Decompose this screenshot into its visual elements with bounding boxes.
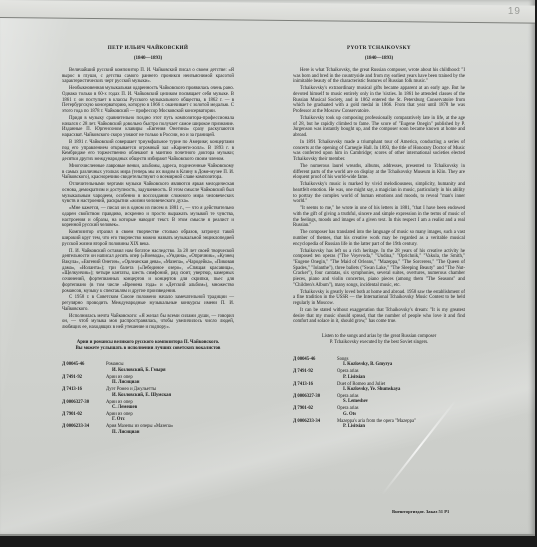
record-entry: Д 00045-46РомансыИ. Козловский, Б. Гмыря: [62, 362, 234, 373]
notice-ru: Арии и романсы великого русского компози…: [62, 340, 234, 352]
sleeve-bottom-edge: [0, 534, 535, 536]
notice-line: P. Tchaikovsky executed by the best Sovi…: [293, 340, 465, 346]
biography-ru: Величайший русский композитор П. И. Чайк…: [62, 68, 234, 331]
russian-column: ПЕТР ИЛЬИЧ ЧАЙКОВСКИЙ (1840—1893) Велича…: [62, 45, 234, 437]
paragraph: Величайший русский композитор П. И. Чайк…: [62, 68, 234, 85]
record-entry: Д 0006327-30Opera ariasS. Lemeshev: [293, 394, 465, 405]
catalog-number: Д 0006233-34: [62, 424, 106, 435]
paragraph: Композитор отразил в своем творчестве ст…: [62, 230, 234, 247]
catalog-number: Д 0006327-30: [62, 400, 106, 411]
record-sleeve-back: 19 ПЕТР ИЛЬИЧ ЧАЙКОВСКИЙ (1840—1893) Вел…: [0, 0, 535, 536]
pencil-mark: 19: [508, 6, 521, 17]
paragraph: Tchaikovsky took up composing profession…: [293, 116, 465, 139]
performer: P. Lisitsian: [337, 375, 465, 380]
performer: I. Kozlovsky, B. Gmyrya: [337, 362, 465, 367]
paragraph: С 1958 г. в Советском Союзе положено нач…: [62, 295, 234, 312]
paragraph: Tchaikovsky's music is marked by vivid m…: [293, 182, 465, 205]
paragraph: The composer has translated into the lan…: [293, 230, 465, 247]
paragraph: The numerous laurel wreaths, albums, add…: [293, 164, 465, 181]
paragraph: Tchaikovsky's extraordinary musical gift…: [293, 86, 465, 115]
biography-en: Here is what Tchaikovsky, the great Russ…: [293, 68, 465, 325]
catalog-number: Д 7413-16: [293, 382, 337, 393]
sleeve-top-edge: [0, 0, 535, 24]
performer: П. Лисициан: [106, 430, 234, 435]
paragraph: Многочисленные лавровые венки, альбомы, …: [62, 164, 234, 181]
paragraph: Необыкновенная музыкальная одаренность Ч…: [62, 86, 234, 115]
life-dates-ru: (1840—1893): [62, 55, 234, 62]
paragraph: Here is what Tchaikovsky, the great Russ…: [293, 68, 465, 85]
paragraph: «Мне кажется, — писал он в одном из писе…: [62, 206, 234, 229]
record-entry: Д 7491-92Арии из оперП. Лисициан: [62, 375, 234, 386]
record-entry: Д 7901-02Opera ariasG. Ots: [293, 406, 465, 417]
paragraph: In 1891 Tchaikovsky made a triumphant to…: [293, 140, 465, 163]
record-entry: Д 7491-92Opera ariasP. Lisitsian: [293, 369, 465, 380]
catalog-number: Д 7901-02: [62, 412, 106, 423]
discography-ru: Д 00045-46РомансыИ. Козловский, Б. Гмыря…: [62, 362, 234, 435]
record-entry: Д 7901-02Арии из оперГ. Отс: [62, 412, 234, 423]
performer: П. Лисициан: [106, 380, 234, 385]
performer: С. Лемешев: [106, 405, 234, 410]
catalog-number: Д 00045-46: [293, 357, 337, 368]
catalog-number: Д 7413-16: [62, 387, 106, 398]
english-column: PYOTR TCHAIKOVSKY (1840—1893) Here is wh…: [293, 45, 465, 431]
performer: S. Lemeshev: [337, 399, 465, 404]
catalog-number: Д 7901-02: [293, 406, 337, 417]
record-entry: Д 7413-16Дуэт Ромео и ДжульеттыИ. Козлов…: [62, 387, 234, 398]
composer-name-ru: ПЕТР ИЛЬИЧ ЧАЙКОВСКИЙ: [62, 45, 234, 52]
paragraph: В 1891 г. Чайковский совершает триумфаль…: [62, 140, 234, 163]
print-info: Внешторгиздат. Заказ 51 Р1: [392, 509, 449, 514]
catalog-number: Д 0006327-30: [293, 394, 337, 405]
performer: И. Козловский, Е. Шумская: [106, 393, 234, 398]
catalog-number: Д 7491-92: [293, 369, 337, 380]
notice-line: Арии и романсы великого русского компози…: [62, 340, 234, 346]
performer: I. Kozlovsky, Ye. Shumskaya: [337, 387, 465, 392]
paragraph: Придя в музыку сравнительно поздно этот …: [62, 116, 234, 139]
notice-en: Listen to the songs and arias by the gre…: [293, 334, 465, 346]
performer: Г. Отс: [106, 417, 234, 422]
paragraph: It can be stated without exaggeration th…: [293, 308, 465, 325]
composer-name-en: PYOTR TCHAIKOVSKY: [293, 45, 465, 52]
catalog-number: Д 00045-46: [62, 362, 106, 373]
catalog-number: Д 7491-92: [62, 375, 106, 386]
record-entry: Д 7413-16Duet of Romeo and JulietI. Kozl…: [293, 382, 465, 393]
record-entry: Д 0006233-34Ария Мазепы из оперы «Мазепа…: [62, 424, 234, 435]
life-dates-en: (1840—1893): [293, 55, 465, 62]
paragraph: Tchaikovsky has left us a rich heritage.…: [293, 249, 465, 289]
record-entry: Д 0006327-30Арии из оперС. Лемешев: [62, 400, 234, 411]
paragraph: Tchaikovsky is greatly loved both at hom…: [293, 290, 465, 307]
paragraph: Исполнилась мечта Чайковского: «Я желал …: [62, 314, 234, 331]
paragraph: "It seems to me," he wrote in one of his…: [293, 206, 465, 229]
notice-line: Вы можете услышать в исполнении лучших с…: [62, 346, 234, 352]
performer: И. Козловский, Б. Гмыря: [106, 368, 234, 373]
paragraph: П. И. Чайковский оставил нам богатое нас…: [62, 249, 234, 295]
record-entry: Д 00045-46SongsI. Kozlovsky, B. Gmyrya: [293, 357, 465, 368]
performer: P. Lisitsian: [337, 424, 465, 429]
paragraph: Отличительными чертами музыки Чайковског…: [62, 182, 234, 205]
catalog-number: Д 0006233-34: [293, 419, 337, 430]
